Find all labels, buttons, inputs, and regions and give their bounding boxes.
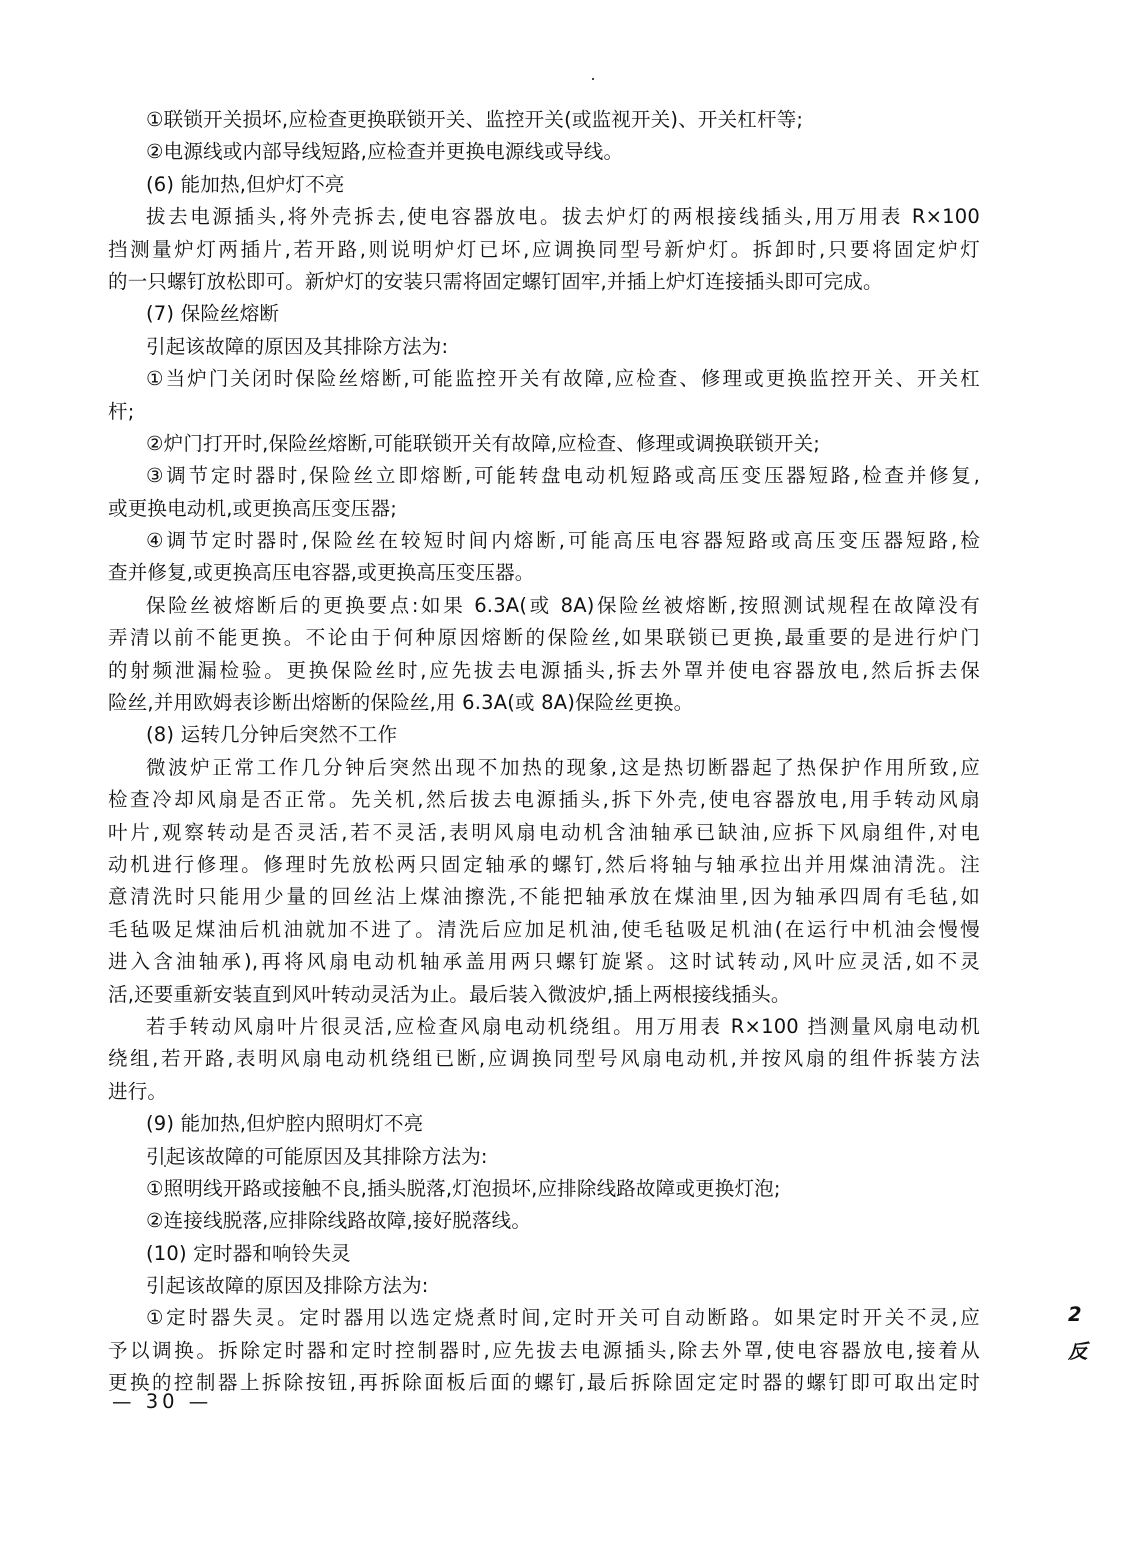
text-line: ①定时器失灵。定时器用以选定烧煮时间,定时开关可自动断路。如果定时开关不灵,应: [108, 1302, 980, 1334]
text-line: 引起该故障的原因及其排除方法为:: [108, 331, 980, 363]
text-line: 的射频泄漏检验。更换保险丝时,应先拔去电源插头,拆去外罩并使电容器放电,然后拆去…: [108, 655, 980, 687]
side-mark-char: 反: [1068, 1336, 1088, 1364]
text-line: 进行。: [108, 1076, 980, 1108]
text-line: 或更换电动机,或更换高压变压器;: [108, 493, 980, 525]
page-body: ①联锁开关损坏,应检查更换联锁开关、监控开关(或监视开关)、开关杠杆等;②电源线…: [108, 104, 980, 1400]
text-line: ④调节定时器时,保险丝在较短时间内熔断,可能高压电容器短路或高压变压器短路,检: [108, 525, 980, 557]
text-line: 引起该故障的可能原因及其排除方法为:: [108, 1141, 980, 1173]
text-line: 挡测量炉灯两插片,若开路,则说明炉灯已坏,应调换同型号新炉灯。拆卸时,只要将固定…: [108, 234, 980, 266]
text-line: 予以调换。拆除定时器和定时控制器时,应先拔去电源插头,除去外罩,使电容器放电,接…: [108, 1335, 980, 1367]
text-line: ②连接线脱落,应排除线路故障,接好脱落线。: [108, 1205, 980, 1237]
text-line: 毛毡吸足煤油后机油就加不进了。清洗后应加足机油,使毛毡吸足机油(在运行中机油会慢…: [108, 914, 980, 946]
side-mark-number: 2: [1068, 1303, 1082, 1326]
text-line: 引起该故障的原因及排除方法为:: [108, 1270, 980, 1302]
text-line: ①联锁开关损坏,应检查更换联锁开关、监控开关(或监视开关)、开关杠杆等;: [108, 104, 980, 136]
text-line: (6) 能加热,但炉灯不亮: [108, 169, 980, 201]
text-line: 动机进行修理。修理时先放松两只固定轴承的螺钉,然后将轴与轴承拉出并用煤油清洗。注: [108, 849, 980, 881]
text-line: (9) 能加热,但炉腔内照明灯不亮: [108, 1108, 980, 1140]
text-line: 微波炉正常工作几分钟后突然出现不加热的现象,这是热切断器起了热保护作用所致,应: [108, 752, 980, 784]
text-line: 险丝,并用欧姆表诊断出熔断的保险丝,用 6.3A(或 8A)保险丝更换。: [108, 687, 980, 719]
text-line: 活,还要重新安装直到风叶转动灵活为止。最后装入微波炉,插上两根接线插头。: [108, 979, 980, 1011]
text-line: 拔去电源插头,将外壳拆去,使电容器放电。拔去炉灯的两根接线插头,用万用表 R×1…: [108, 201, 980, 233]
text-line: ②电源线或内部导线短路,应检查并更换电源线或导线。: [108, 136, 980, 168]
text-line: (10) 定时器和响铃失灵: [108, 1238, 980, 1270]
text-line: ①当炉门关闭时保险丝熔断,可能监控开关有故障,应检查、修理或更换监控开关、开关杠: [108, 363, 980, 395]
text-line: 绕组,若开路,表明风扇电动机绕组已断,应调换同型号风扇电动机,并按风扇的组件拆装…: [108, 1043, 980, 1075]
text-line: 叶片,观察转动是否灵活,若不灵活,表明风扇电动机含油轴承已缺油,应拆下风扇组件,…: [108, 817, 980, 849]
text-line: ①照明线开路或接触不良,插头脱落,灯泡损坏,应排除线路故障或更换灯泡;: [108, 1173, 980, 1205]
text-line: 查并修复,或更换高压电容器,或更换高压变压器。: [108, 557, 980, 589]
text-line: 弄清以前不能更换。不论由于何种原因熔断的保险丝,如果联锁已更换,最重要的是进行炉…: [108, 622, 980, 654]
text-line: 的一只螺钉放松即可。新炉灯的安装只需将固定螺钉固牢,并插上炉灯连接插头即可完成。: [108, 266, 980, 298]
text-line: ③调节定时器时,保险丝立即熔断,可能转盘电动机短路或高压变压器短路,检查并修复,: [108, 460, 980, 492]
text-line: ②炉门打开时,保险丝熔断,可能联锁开关有故障,应检查、修理或调换联锁开关;: [108, 428, 980, 460]
scan-speck: [592, 78, 594, 80]
text-line: 保险丝被熔断后的更换要点:如果 6.3A(或 8A)保险丝被熔断,按照测试规程在…: [108, 590, 980, 622]
text-line: 若手转动风扇叶片很灵活,应检查风扇电动机绕组。用万用表 R×100 挡测量风扇电…: [108, 1011, 980, 1043]
text-line: (8) 运转几分钟后突然不工作: [108, 719, 980, 751]
text-line: (7) 保险丝熔断: [108, 298, 980, 330]
text-line: 更换的控制器上拆除按钮,再拆除面板后面的螺钉,最后拆除固定定时器的螺钉即可取出定…: [108, 1367, 980, 1399]
page-number: — 30 —: [112, 1390, 212, 1413]
text-line: 意清洗时只能用少量的回丝沾上煤油擦洗,不能把轴承放在煤油里,因为轴承四周有毛毡,…: [108, 881, 980, 913]
text-line: 检查冷却风扇是否正常。先关机,然后拔去电源插头,拆下外壳,使电容器放电,用手转动…: [108, 784, 980, 816]
text-line: 进入含油轴承),再将风扇电动机轴承盖用两只螺钉旋紧。这时试转动,风叶应灵活,如不…: [108, 946, 980, 978]
text-line: 杆;: [108, 396, 980, 428]
